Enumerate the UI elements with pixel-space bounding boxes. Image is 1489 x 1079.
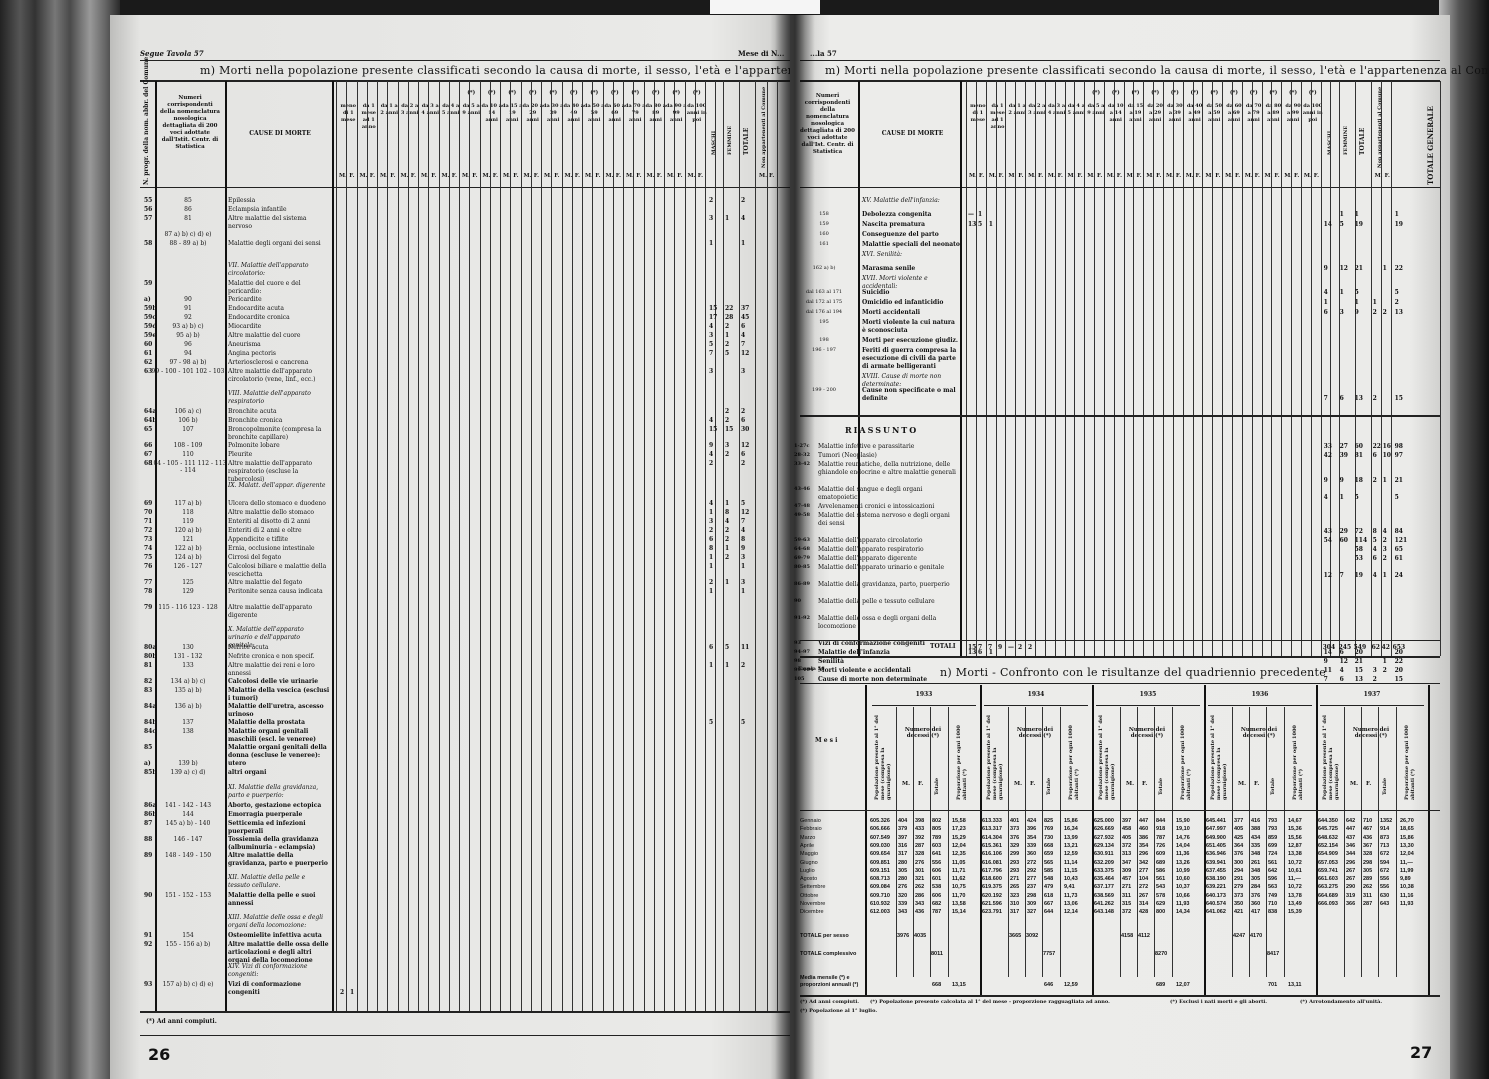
age-group-header: da 1 a 2 anni <box>379 103 400 117</box>
cell-deaths-m: 373 <box>1234 892 1243 900</box>
col-m-header: M. <box>902 781 910 787</box>
cell-total: 5 <box>741 500 745 507</box>
cell-deaths-total: 548 <box>1044 875 1053 883</box>
column-rule <box>1291 81 1292 656</box>
row-cause-label: Eclampsia infantile <box>228 206 330 214</box>
cell-rate: 16,34 <box>1064 825 1078 833</box>
totali-totg: 653 <box>1393 644 1406 651</box>
row-cause-label: Altre malattie della gravidanza, parto e… <box>228 852 330 868</box>
row-nomenclature-number: 110 <box>148 451 228 458</box>
cell-deaths-total: 596 <box>1268 875 1277 883</box>
cell-total-m: 6 <box>709 644 713 651</box>
sex-f-header: F. <box>349 173 354 179</box>
cell-population: 616.106 <box>982 850 1002 858</box>
column-rule <box>1055 81 1056 656</box>
row-cause-label: Malattie del cuore e del pericardio: <box>228 280 330 296</box>
cell-total-m: 3 <box>709 215 713 222</box>
cell-deaths-m: 339 <box>898 900 907 908</box>
row-cause-label: Altre malattie delle ossa delle articola… <box>228 941 330 965</box>
cell-total-m: 1 <box>1324 299 1328 306</box>
riassunto-cause: Malattie reumatiche, della nutrizione, d… <box>818 461 960 477</box>
row-cause-label: Malattie della vescica (esclusi i tumori… <box>228 687 330 703</box>
rule <box>800 810 1440 811</box>
cell-population: 609.151 <box>870 867 890 875</box>
row-nomenclature-number: 118 <box>148 509 228 516</box>
cell-total: 5 <box>1355 494 1359 501</box>
column-rule <box>1361 707 1362 977</box>
cell-total-f: 15 <box>725 426 733 433</box>
cell-total: 15 <box>1355 667 1363 674</box>
age-group-header: da 100 anni in poi <box>687 103 708 124</box>
cell-deaths-total: 1352 <box>1380 817 1392 825</box>
column-rule <box>1355 81 1356 656</box>
cell-value: 5 <box>978 221 982 228</box>
cell-deaths-m: 323 <box>1010 892 1019 900</box>
cell-population: 632.209 <box>1094 859 1114 867</box>
age-group-header: meno di 1 mese <box>338 103 359 124</box>
cell-deaths-total: 710 <box>1268 900 1277 908</box>
row-progr-number: 59 <box>144 280 152 287</box>
cell-population: 647.997 <box>1206 825 1226 833</box>
cell-deaths-total: 563 <box>1268 883 1277 891</box>
cell-total-f: 4 <box>1340 667 1344 674</box>
column-rule <box>723 81 724 1011</box>
cell-deaths-f: 434 <box>1251 834 1260 842</box>
cell-total-f: 4 <box>725 518 729 525</box>
riassunto-cause: Malattie dell'apparato digerente <box>818 555 960 563</box>
cell-deaths-m: 317 <box>1010 908 1019 916</box>
column-rule <box>1173 81 1174 656</box>
cell-total: 21 <box>1355 265 1363 272</box>
cell-total-f: 2 <box>725 536 729 543</box>
footnote-mark: (*) <box>687 90 708 97</box>
cell-deaths-f: 339 <box>1027 842 1036 850</box>
cell-rate: 11,36 <box>1176 850 1189 858</box>
cell-total: 2 <box>741 460 745 467</box>
cell-rate: 13,49 <box>1288 900 1302 908</box>
cell-rate: 15,39 <box>1288 908 1302 916</box>
cell-deaths-total: 825 <box>1044 817 1053 825</box>
cell-rate: 10,75 <box>952 883 966 891</box>
cell-total-generale: 97 <box>1395 452 1403 459</box>
total-complessivo: 7757 <box>1043 950 1055 958</box>
column-rule <box>1045 81 1046 656</box>
cell-total-generale: 22 <box>1395 265 1403 272</box>
cell-population: 640.173 <box>1206 892 1226 900</box>
cell-rate: 15,14 <box>952 908 966 916</box>
cell-total-m: 3 <box>709 518 713 525</box>
col-f-header: F. <box>1030 781 1035 787</box>
cell-population: 659.741 <box>1318 867 1338 875</box>
cell-deaths-m: 376 <box>1010 834 1019 842</box>
cell-total: 2 <box>741 662 745 669</box>
row-nomenclature-number: 135 a) b) <box>148 687 228 694</box>
cell-total: 1 <box>1355 299 1359 306</box>
row-nomenclature-number: 99 - 100 - 101 102 - 103 <box>148 368 228 375</box>
cell-deaths-f: 298 <box>1363 859 1372 867</box>
column-rule <box>592 81 593 1011</box>
cell-deaths-m: 366 <box>1346 900 1355 908</box>
row-cause-label: Nefrite acuta <box>228 644 330 652</box>
row-cause-label: Tossiemia della gravidanza (albuminuria … <box>228 836 330 852</box>
cell-deaths-m: 364 <box>1234 842 1243 850</box>
cell-deaths-total: 556 <box>1380 875 1389 883</box>
row-nomenclature-number: 96 <box>148 341 228 348</box>
row-cause-label: Altre malattie del cuore <box>228 332 330 340</box>
rule <box>140 80 790 82</box>
cell-deaths-m: 405 <box>1122 834 1131 842</box>
cell-population: 657.053 <box>1318 859 1338 867</box>
cell-population: 652.154 <box>1318 842 1338 850</box>
row-nomenclature-number: 148 - 149 - 150 <box>148 852 228 859</box>
total-f: 3092 <box>1026 932 1038 940</box>
cell-total-generale: 5 <box>1395 289 1399 296</box>
row-nomenclature-number: 137 <box>148 719 228 726</box>
cell-deaths-m: 313 <box>1122 850 1131 858</box>
column-rule <box>1339 81 1340 656</box>
cell-deaths-m: 310 <box>1010 900 1019 908</box>
column-rule <box>1094 81 1095 656</box>
row-cause-label: Broncopolmonite (compresa la bronchite c… <box>228 426 330 442</box>
cell-population: 618.600 <box>982 875 1002 883</box>
cell-deaths-m: 267 <box>1346 875 1355 883</box>
cell-rate: 15,58 <box>952 817 966 825</box>
cell-total-f: 1 <box>725 215 729 222</box>
cell-total-m: 2 <box>709 579 713 586</box>
section-heading: VII. Malattie dell'apparato circolatorio… <box>228 262 328 278</box>
cell-rate: 13,06 <box>1064 900 1078 908</box>
cell-population: 625.000 <box>1094 817 1114 825</box>
row-cause-label: Altre malattie dei reni e loro annessi <box>228 662 330 678</box>
cell-deaths-f: 416 <box>1251 817 1260 825</box>
cell-total-f: 39 <box>1340 452 1348 459</box>
cell-total-f: 1 <box>1340 289 1344 296</box>
column-rule <box>1193 81 1194 656</box>
row-cause-label: Nefrite cronica e non specif. <box>228 653 330 661</box>
column-rule <box>1153 81 1154 656</box>
cell-total-f: 28 <box>725 314 733 321</box>
column-rule <box>1060 707 1061 977</box>
cell-deaths-m: 344 <box>1346 850 1355 858</box>
age-group-header: da 50 a 59 anni <box>584 103 605 124</box>
cell-total: 2 <box>741 197 745 204</box>
col-numero-header: Numero dei decessi (*) <box>1346 727 1396 739</box>
riassunto-title: RIASSUNTO <box>845 425 918 435</box>
cell-deaths-m: 293 <box>1010 859 1019 867</box>
row-nomenclature-number: 155 - 156 a) b) <box>148 941 228 948</box>
cell-deaths-f: 237 <box>1027 883 1036 891</box>
row-cause-label: Altre malattie dell'apparato respiratori… <box>228 460 330 484</box>
cell-population: 645.725 <box>1318 825 1338 833</box>
column-rule <box>755 81 756 1011</box>
row-cause-label: utero <box>228 760 330 768</box>
age-group-header: da 20 a 29 anni <box>523 103 544 124</box>
column-rule <box>510 81 511 1011</box>
cell-total-f: 29 <box>1340 528 1348 535</box>
cell-rate: 15,56 <box>1288 834 1302 842</box>
sex-f-header: F. <box>1176 173 1181 179</box>
cell-total-m: 4 <box>709 500 713 507</box>
column-rule <box>1242 81 1243 656</box>
cell-population: 637.455 <box>1206 867 1226 875</box>
cell-deaths-m: 290 <box>1346 883 1355 891</box>
column-rule <box>1252 81 1253 656</box>
cell-nonapp-f: 1 <box>1383 572 1387 579</box>
cell-total-m: 3 <box>709 368 713 375</box>
col-cause-header: CAUSE DI MORTE <box>865 130 960 137</box>
cell-deaths-f: 433 <box>915 825 924 833</box>
row-nomenclature-number: 130 <box>148 644 228 651</box>
cell-total: 21 <box>1355 658 1363 665</box>
totali-cell: 2 <box>1018 644 1022 651</box>
cell-deaths-m: 350 <box>1234 900 1243 908</box>
column-rule <box>531 81 532 1011</box>
column-rule <box>1284 707 1285 977</box>
row-nomenclature-number: 81 <box>148 215 228 222</box>
cell-nonapp-f: 1 <box>1383 265 1387 272</box>
cell-population: 608.713 <box>870 875 890 883</box>
cell-total-f: 5 <box>725 644 729 651</box>
cell-population: 609.030 <box>870 842 890 850</box>
sex-f-header: F. <box>1038 173 1043 179</box>
totali-cell: 9 <box>998 644 1002 651</box>
cell-value: 1 <box>978 211 982 218</box>
book-edge-left <box>0 0 120 1079</box>
cell-deaths-m: 319 <box>1346 892 1355 900</box>
cell-rate: 12,14 <box>1064 908 1078 916</box>
cell-total-m: 1 <box>709 588 713 595</box>
row-nomenclature-number: 86 <box>148 206 228 213</box>
cell-population: 641.062 <box>1206 908 1226 916</box>
cell-nonapp-m: 6 <box>1373 555 1377 562</box>
cell-total: 12 <box>741 509 749 516</box>
cell-total-generale: 15 <box>1395 676 1403 683</box>
col-totale-generale-header: TOTALE GENERALE <box>1426 90 1435 185</box>
cell-population: 663.275 <box>1318 883 1338 891</box>
cell-nonapp-m: 4 <box>1373 546 1377 553</box>
cell-total-m: 9 <box>1324 477 1328 484</box>
row-cause-label: Endocardite acuta <box>228 305 330 313</box>
cell-deaths-f: 342 <box>1139 859 1148 867</box>
column-rule <box>551 81 552 1011</box>
row-cause-label: Altre malattie dell'apparato digerente <box>228 604 330 620</box>
cell-total: 6 <box>741 451 745 458</box>
rule <box>800 415 1440 417</box>
cell-rate: 12,59 <box>1064 850 1078 858</box>
column-rule <box>418 81 419 1011</box>
cell-deaths-f: 367 <box>1363 842 1372 850</box>
cell-deaths-total: 769 <box>1044 825 1053 833</box>
totali-tot: 549 <box>1354 644 1367 651</box>
cell-total-f: 1 <box>725 545 729 552</box>
totali-f: 245 <box>1339 644 1352 651</box>
cell-total-f: 7 <box>1340 572 1344 579</box>
section-heading: VIII. Malattie dell'apparato respiratori… <box>228 390 328 406</box>
cell-total: 37 <box>741 305 749 312</box>
sex-f-header: F. <box>1385 173 1390 179</box>
cell-deaths-f: 321 <box>915 875 924 883</box>
footnote: (*) Popolazione presente calcolata al 1°… <box>870 999 1110 1005</box>
cell-nonapp-f: 4 <box>1383 528 1387 535</box>
column-rule <box>1172 707 1173 977</box>
proporzione-annua: 12,59 <box>1064 981 1078 989</box>
sex-f-header: F. <box>493 173 498 179</box>
row-cause-label: Malattie speciali del neonato <box>862 241 960 249</box>
cell-nonapp-f: 16 <box>1383 443 1391 450</box>
cell-deaths-total: 682 <box>932 900 941 908</box>
column-rule <box>387 81 388 1011</box>
cell-deaths-total: 556 <box>932 859 941 867</box>
cell-total-f: 1 <box>725 500 729 507</box>
column-rule <box>976 81 977 656</box>
cell-deaths-f: 296 <box>1139 850 1148 858</box>
cell-deaths-m: 457 <box>1122 875 1131 883</box>
cell-population: 615.361 <box>982 842 1002 850</box>
cell-rate: 12,35 <box>952 850 966 858</box>
age-group-header: da 2 a 3 anni <box>400 103 421 117</box>
col-f-header: F. <box>918 781 923 787</box>
cell-total-generale: 13 <box>1395 309 1403 316</box>
cell-deaths-total: 667 <box>1044 900 1053 908</box>
sex-f-header: F. <box>698 173 703 179</box>
cell-total-m: 2 <box>709 527 713 534</box>
cell-deaths-m: 397 <box>1122 817 1131 825</box>
rule <box>140 1011 790 1013</box>
cell-deaths-m: 299 <box>1010 850 1019 858</box>
row-nomenclature-number: 141 - 142 - 143 <box>148 802 228 809</box>
row-cause-label: Altre malattie del fegato <box>228 579 330 587</box>
cell-total-f: 2 <box>725 323 729 330</box>
cell-total: 81 <box>1355 452 1363 459</box>
cell-population: 654.909 <box>1318 850 1338 858</box>
col-pop-header: Popolazione presente al 1° del mese (com… <box>1210 710 1232 800</box>
col-numero-header: Numero dei decessi (*) <box>898 727 948 739</box>
row-nomenclature-number: 125 <box>148 579 228 586</box>
row-nomenclature-number: 115 - 116 123 - 128 <box>148 604 228 611</box>
sex-f-header: F. <box>1294 173 1299 179</box>
column-rule <box>1321 81 1322 656</box>
table-title-m-continued: m) Morti nella popolazione presente clas… <box>825 64 1489 77</box>
total-f: 4112 <box>1138 932 1150 940</box>
column-rule <box>500 81 501 1011</box>
cell-value: 13 <box>968 221 976 228</box>
section-heading: XII. Malattie della pelle e tessuto cell… <box>228 874 328 890</box>
cell-deaths-total: 844 <box>1156 817 1165 825</box>
sex-f-header: F. <box>411 173 416 179</box>
cell-deaths-f: 327 <box>1027 908 1036 916</box>
cell-deaths-total: 565 <box>1044 859 1053 867</box>
cell-nonapp-f: 2 <box>1383 555 1387 562</box>
cell-deaths-total: 561 <box>1268 859 1277 867</box>
row-nomenclature-number: 129 <box>148 588 228 595</box>
column-rule <box>1262 81 1263 656</box>
cell-population: 637.177 <box>1094 883 1114 891</box>
sex-f-header: F. <box>1018 173 1023 179</box>
cell-rate: 11,99 <box>1400 867 1413 875</box>
year-header: 1937 <box>1316 691 1428 698</box>
media-mensile: 689 <box>1156 981 1165 989</box>
row-nomenclature-number: 104 - 105 - 111 112 - 113 - 114 <box>148 460 228 474</box>
cell-rate: 14,67 <box>1288 817 1302 825</box>
book-gutter <box>775 0 815 1079</box>
column-rule <box>1124 81 1125 656</box>
cell-total-f: 12 <box>1340 265 1348 272</box>
cell-rate: 12,04 <box>1400 850 1414 858</box>
rule <box>984 705 1088 706</box>
col-prop-header: Proporzione per ogni 1000 abitanti (*) <box>1180 710 1198 800</box>
sex-f-header: F. <box>452 173 457 179</box>
cell-deaths-f: 262 <box>915 883 924 891</box>
cell-deaths-m: 329 <box>1010 842 1019 850</box>
cell-deaths-f: 424 <box>1027 817 1036 825</box>
cell-population: 613.317 <box>982 825 1002 833</box>
row-cause-label: Altre malattie del sistema nervoso <box>228 215 330 231</box>
col-cause-header: CAUSE DI MORTE <box>230 130 330 137</box>
cell-total: 4 <box>741 332 745 339</box>
sex-f-header: F. <box>472 173 477 179</box>
cell-nonapp-m: 4 <box>1373 572 1377 579</box>
cell-total: 114 <box>1355 537 1368 544</box>
column-rule <box>1042 707 1043 977</box>
cell-total-m: 1 <box>709 554 713 561</box>
column-rule <box>664 81 665 1011</box>
column-rule <box>521 81 522 1011</box>
sex-f-header: F. <box>534 173 539 179</box>
cell-total-m: 54 <box>1324 537 1332 544</box>
riassunto-cause: Malattie della pelle e tessuto cellulare <box>818 598 960 606</box>
row-nomenclature-number: 120 a) b) <box>148 527 228 534</box>
column-rule <box>960 81 962 656</box>
cell-rate: 10,60 <box>1176 875 1190 883</box>
column-rule <box>408 81 409 1011</box>
row-cause-label: Polmonite lobare <box>228 442 330 450</box>
riassunto-cause: Malattie del sangue e degli organi emato… <box>818 486 960 502</box>
cell-nonapp-f: 2 <box>1383 537 1387 544</box>
column-rule <box>377 81 378 1011</box>
age-group-header: da 30 a 39 anni <box>543 103 564 124</box>
row-cause-label: Nascita prematura <box>862 221 960 229</box>
row-nomenclature-number: 126 - 127 <box>148 563 228 570</box>
cell-deaths-m: 276 <box>898 883 907 891</box>
column-rule <box>1104 81 1105 656</box>
cell-deaths-total: 914 <box>1380 825 1389 833</box>
row-nomenclature-number: 90 <box>148 296 228 303</box>
column-rule <box>865 685 867 995</box>
cell-deaths-m: 458 <box>1122 825 1131 833</box>
column-rule <box>332 81 334 1011</box>
cell-deaths-m: 317 <box>898 850 907 858</box>
cell-deaths-m: 437 <box>1346 834 1355 842</box>
sex-f-header: F. <box>1136 173 1141 179</box>
cell-rate: 10,37 <box>1176 883 1190 891</box>
year-header: 1933 <box>868 691 980 698</box>
cell-deaths-m: 271 <box>1122 883 1131 891</box>
age-group-header: da 60 a 69 anni <box>605 103 626 124</box>
cell-deaths-total: 618 <box>1044 892 1053 900</box>
cell-rate: 14,04 <box>1176 842 1190 850</box>
cell-total-generale: 98 <box>1395 443 1403 450</box>
column-rule <box>948 707 949 977</box>
cell-total: 1 <box>741 588 745 595</box>
cell-nonapp-m: 8 <box>1373 528 1377 535</box>
cell-total-generale: 19 <box>1395 221 1403 228</box>
cell-population: 639.221 <box>1206 883 1226 891</box>
sex-f-header: F. <box>1215 173 1220 179</box>
cell-total-m: 1 <box>709 563 713 570</box>
cell-deaths-f: 328 <box>915 850 924 858</box>
column-rule <box>346 81 347 1011</box>
cell-deaths-f: 286 <box>915 892 924 900</box>
